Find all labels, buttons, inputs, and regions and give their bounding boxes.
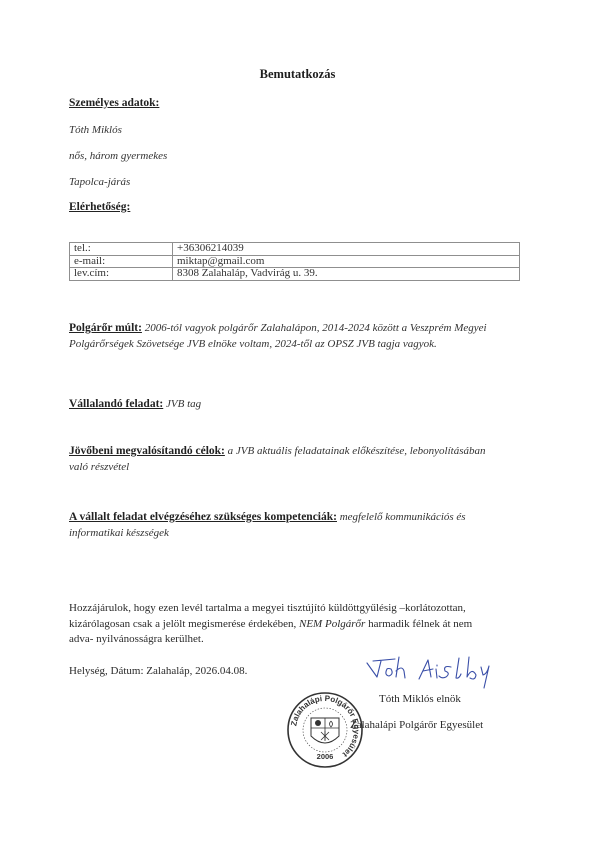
competences-text-line1: megfelelő kommunikációs és — [340, 511, 466, 523]
competences-label: A vállalt feladat elvégzéséhez szükséges… — [69, 511, 337, 523]
consent-line3: adva- nyilvánosságra kerülhet. — [69, 633, 204, 645]
past-text-line2: Polgárőrségek Szövetsége JVB elnöke volt… — [69, 338, 437, 350]
contact-label: tel.: — [70, 243, 173, 256]
contact-table: tel.: +36306214039 e-mail: miktap@gmail.… — [69, 242, 520, 281]
consent-line2-start: kizárólagosan csak a jelölt megismerése … — [69, 618, 299, 630]
place-date: Helység, Dátum: Zalahaláp, 2026.04.08. — [69, 664, 247, 680]
page-title: Bemutatkozás — [0, 67, 595, 82]
contact-label: e-mail: — [70, 255, 173, 268]
consent-line2-italic: NEM Polgárőr — [299, 618, 365, 630]
email-value: miktap@gmail.com — [173, 255, 520, 268]
svg-text:2006: 2006 — [317, 752, 334, 761]
consent-paragraph: Hozzájárulok, hogy ezen levél tartalma a… — [69, 601, 569, 648]
past-section: Polgárőr múlt: 2006-tól vagyok polgárőr … — [69, 321, 549, 352]
past-label: Polgárőr múlt: — [69, 322, 142, 334]
person-name: Tóth Miklós — [69, 124, 122, 136]
past-text-line1: 2006-tól vagyok polgárőr Zalahalápon, 20… — [145, 322, 487, 334]
task-text: JVB tag — [166, 398, 201, 410]
goals-text-line2: való részvétel — [69, 461, 129, 473]
competences-text-line2: informatikai készségek — [69, 527, 169, 539]
competences-section: A vállalt feladat elvégzéséhez szükséges… — [69, 510, 559, 541]
goals-text-line1: a JVB aktuális feladatainak előkészítése… — [228, 445, 486, 457]
personal-data-heading: Személyes adatok: — [69, 97, 159, 109]
table-row: tel.: +36306214039 — [70, 243, 520, 256]
goals-label: Jövőbeni megvalósítandó célok: — [69, 445, 225, 457]
district: Tapolca-járás — [69, 176, 130, 188]
address-value: 8308 Zalahaláp, Vadvirág u. 39. — [173, 268, 520, 281]
task-label: Vállalandó feladat: — [69, 398, 163, 410]
family-status: nős, három gyermekes — [69, 150, 167, 162]
goals-section: Jövőbeni megvalósítandó célok: a JVB akt… — [69, 444, 559, 475]
consent-line2-end: harmadik félnek át nem — [365, 618, 472, 630]
table-row: lev.cím: 8308 Zalahaláp, Vadvirág u. 39. — [70, 268, 520, 281]
handwritten-signature — [365, 655, 500, 690]
contact-label: lev.cím: — [70, 268, 173, 281]
contact-heading: Elérhetőség: — [69, 201, 130, 213]
table-row: e-mail: miktap@gmail.com — [70, 255, 520, 268]
task-section: Vállalandó feladat: JVB tag — [69, 397, 201, 413]
signer-organization: Zalahalápi Polgárőr Egyesület — [350, 718, 483, 734]
consent-line1: Hozzájárulok, hogy ezen levél tartalma a… — [69, 602, 466, 614]
phone-value: +36306214039 — [173, 243, 520, 256]
signer-name-role: Tóth Miklós elnök — [379, 692, 461, 708]
